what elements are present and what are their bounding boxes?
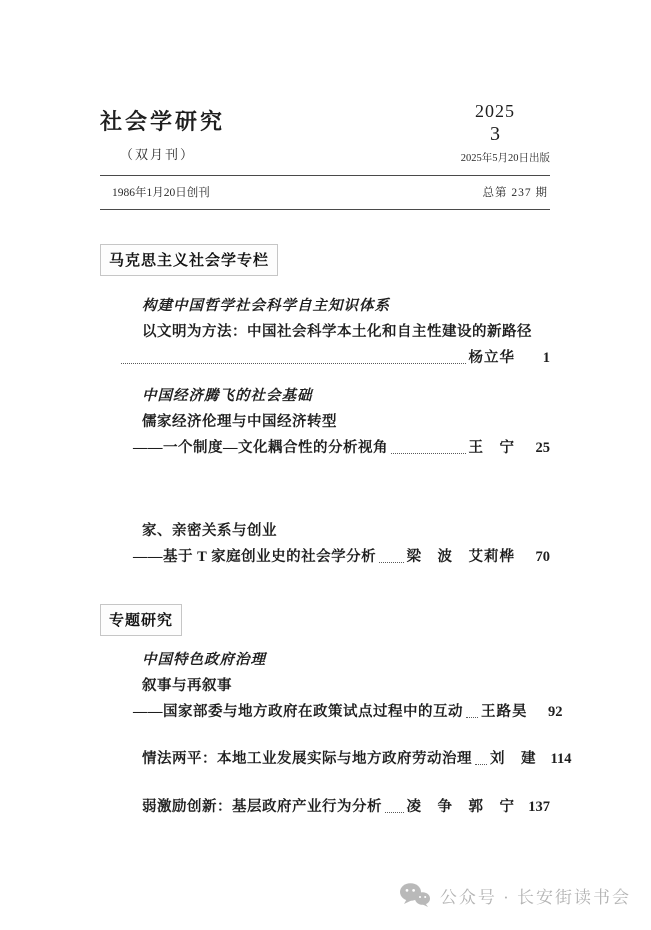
leader-dots [391,453,466,454]
cumulative-issue: 总第 237 期 [483,184,549,200]
leader-dots [475,764,487,765]
article-subtitle: ——一个制度—文化耦合性的分析视角 [133,435,388,461]
article-title: 家、亲密关系与创业 [100,518,550,544]
article-entry: 构建中国哲学社会科学自主知识体系 以文明为方法：中国社会科学本土化和自主性建设的… [100,293,550,371]
article-authors: 凌 争 郭 宁 [407,794,516,820]
founding-date: 1986年1月20日创刊 [112,184,210,200]
article-subtitle: ——国家部委与地方政府在政策试点过程中的互动 [133,699,463,725]
article-title: 儒家经济伦理与中国经济转型 [100,409,550,435]
article-leader-row: 杨立华 1 [100,345,550,371]
masthead-row2: 1986年1月20日创刊 总第 237 期 [100,176,550,209]
article-page-number: 114 [546,746,572,772]
article-entry: 弱激励创新：基层政府产业行为分析 凌 争 郭 宁 137 [100,794,550,820]
article-page-number: 70 [524,544,550,570]
article-title: 情法两平：本地工业发展实际与地方政府劳动治理 [142,746,472,772]
masthead: 社会学研究 （双月刊） 2025 3 2025年5月20日出版 [100,0,550,165]
article-authors: 梁 波 艾莉桦 [407,544,516,570]
page-content: 社会学研究 （双月刊） 2025 3 2025年5月20日出版 1986年1月2… [100,0,550,820]
article-leader-row: ——国家部委与地方政府在政策试点过程中的互动 王路昊 92 [100,699,550,725]
article-leader-row: 情法两平：本地工业发展实际与地方政府劳动治理 刘 建 114 [100,746,550,772]
watermark-text: 公众号 · 长安街读书会 [440,883,631,908]
issue-number: 3 [440,122,550,146]
article-page-number: 137 [524,794,550,820]
article-authors: 王路昊 [481,699,528,725]
article-authors: 杨立华 [469,345,516,371]
article-leader-row: ——基于 T 家庭创业史的社会学分析 梁 波 艾莉桦 70 [100,544,550,570]
article-leader-row: 弱激励创新：基层政府产业行为分析 凌 争 郭 宁 137 [100,794,550,820]
article-entry: 家、亲密关系与创业 ——基于 T 家庭创业史的社会学分析 梁 波 艾莉桦 70 [100,518,550,570]
article-leader-row: ——一个制度—文化耦合性的分析视角 王 宁 25 [100,435,550,461]
wechat-icon [399,882,431,909]
issue-year: 2025 [440,100,550,122]
section-heading-marxist-sociology: 马克思主义社会学专栏 [100,244,278,276]
article-entry: 中国经济腾飞的社会基础 儒家经济伦理与中国经济转型 ——一个制度—文化耦合性的分… [100,383,550,461]
section-heading-special-topics: 专题研究 [100,604,182,636]
leader-dots [379,562,403,563]
publish-date: 2025年5月20日出版 [440,150,550,165]
journal-title: 社会学研究 [100,108,225,136]
masthead-left: 社会学研究 （双月刊） [100,100,225,165]
leader-dots [466,717,478,718]
article-entry: 情法两平：本地工业发展实际与地方政府劳动治理 刘 建 114 [100,746,550,772]
masthead-right: 2025 3 2025年5月20日出版 [440,100,550,165]
watermark: 公众号 · 长安街读书会 [399,882,631,909]
article-authors: 刘 建 [490,746,537,772]
article-subtitle: ——基于 T 家庭创业史的社会学分析 [133,544,376,570]
leader-dots [385,812,404,813]
article-column-title: 中国特色政府治理 [100,647,550,673]
journal-toc-page: 社会学研究 （双月刊） 2025 3 2025年5月20日出版 1986年1月2… [0,0,651,930]
journal-subtitle: （双月刊） [100,144,225,163]
article-page-number: 92 [537,699,563,725]
article-column-title: 中国经济腾飞的社会基础 [100,383,550,409]
article-page-number: 1 [524,345,550,371]
article-column-title: 构建中国哲学社会科学自主知识体系 [100,293,550,319]
article-authors: 王 宁 [469,435,516,461]
article-page-number: 25 [524,435,550,461]
article-entry: 中国特色政府治理 叙事与再叙事 ——国家部委与地方政府在政策试点过程中的互动 王… [100,647,550,725]
leader-dots [121,363,466,364]
article-title: 叙事与再叙事 [100,673,550,699]
article-title: 以文明为方法：中国社会科学本土化和自主性建设的新路径 [100,319,550,345]
article-title: 弱激励创新：基层政府产业行为分析 [142,794,382,820]
